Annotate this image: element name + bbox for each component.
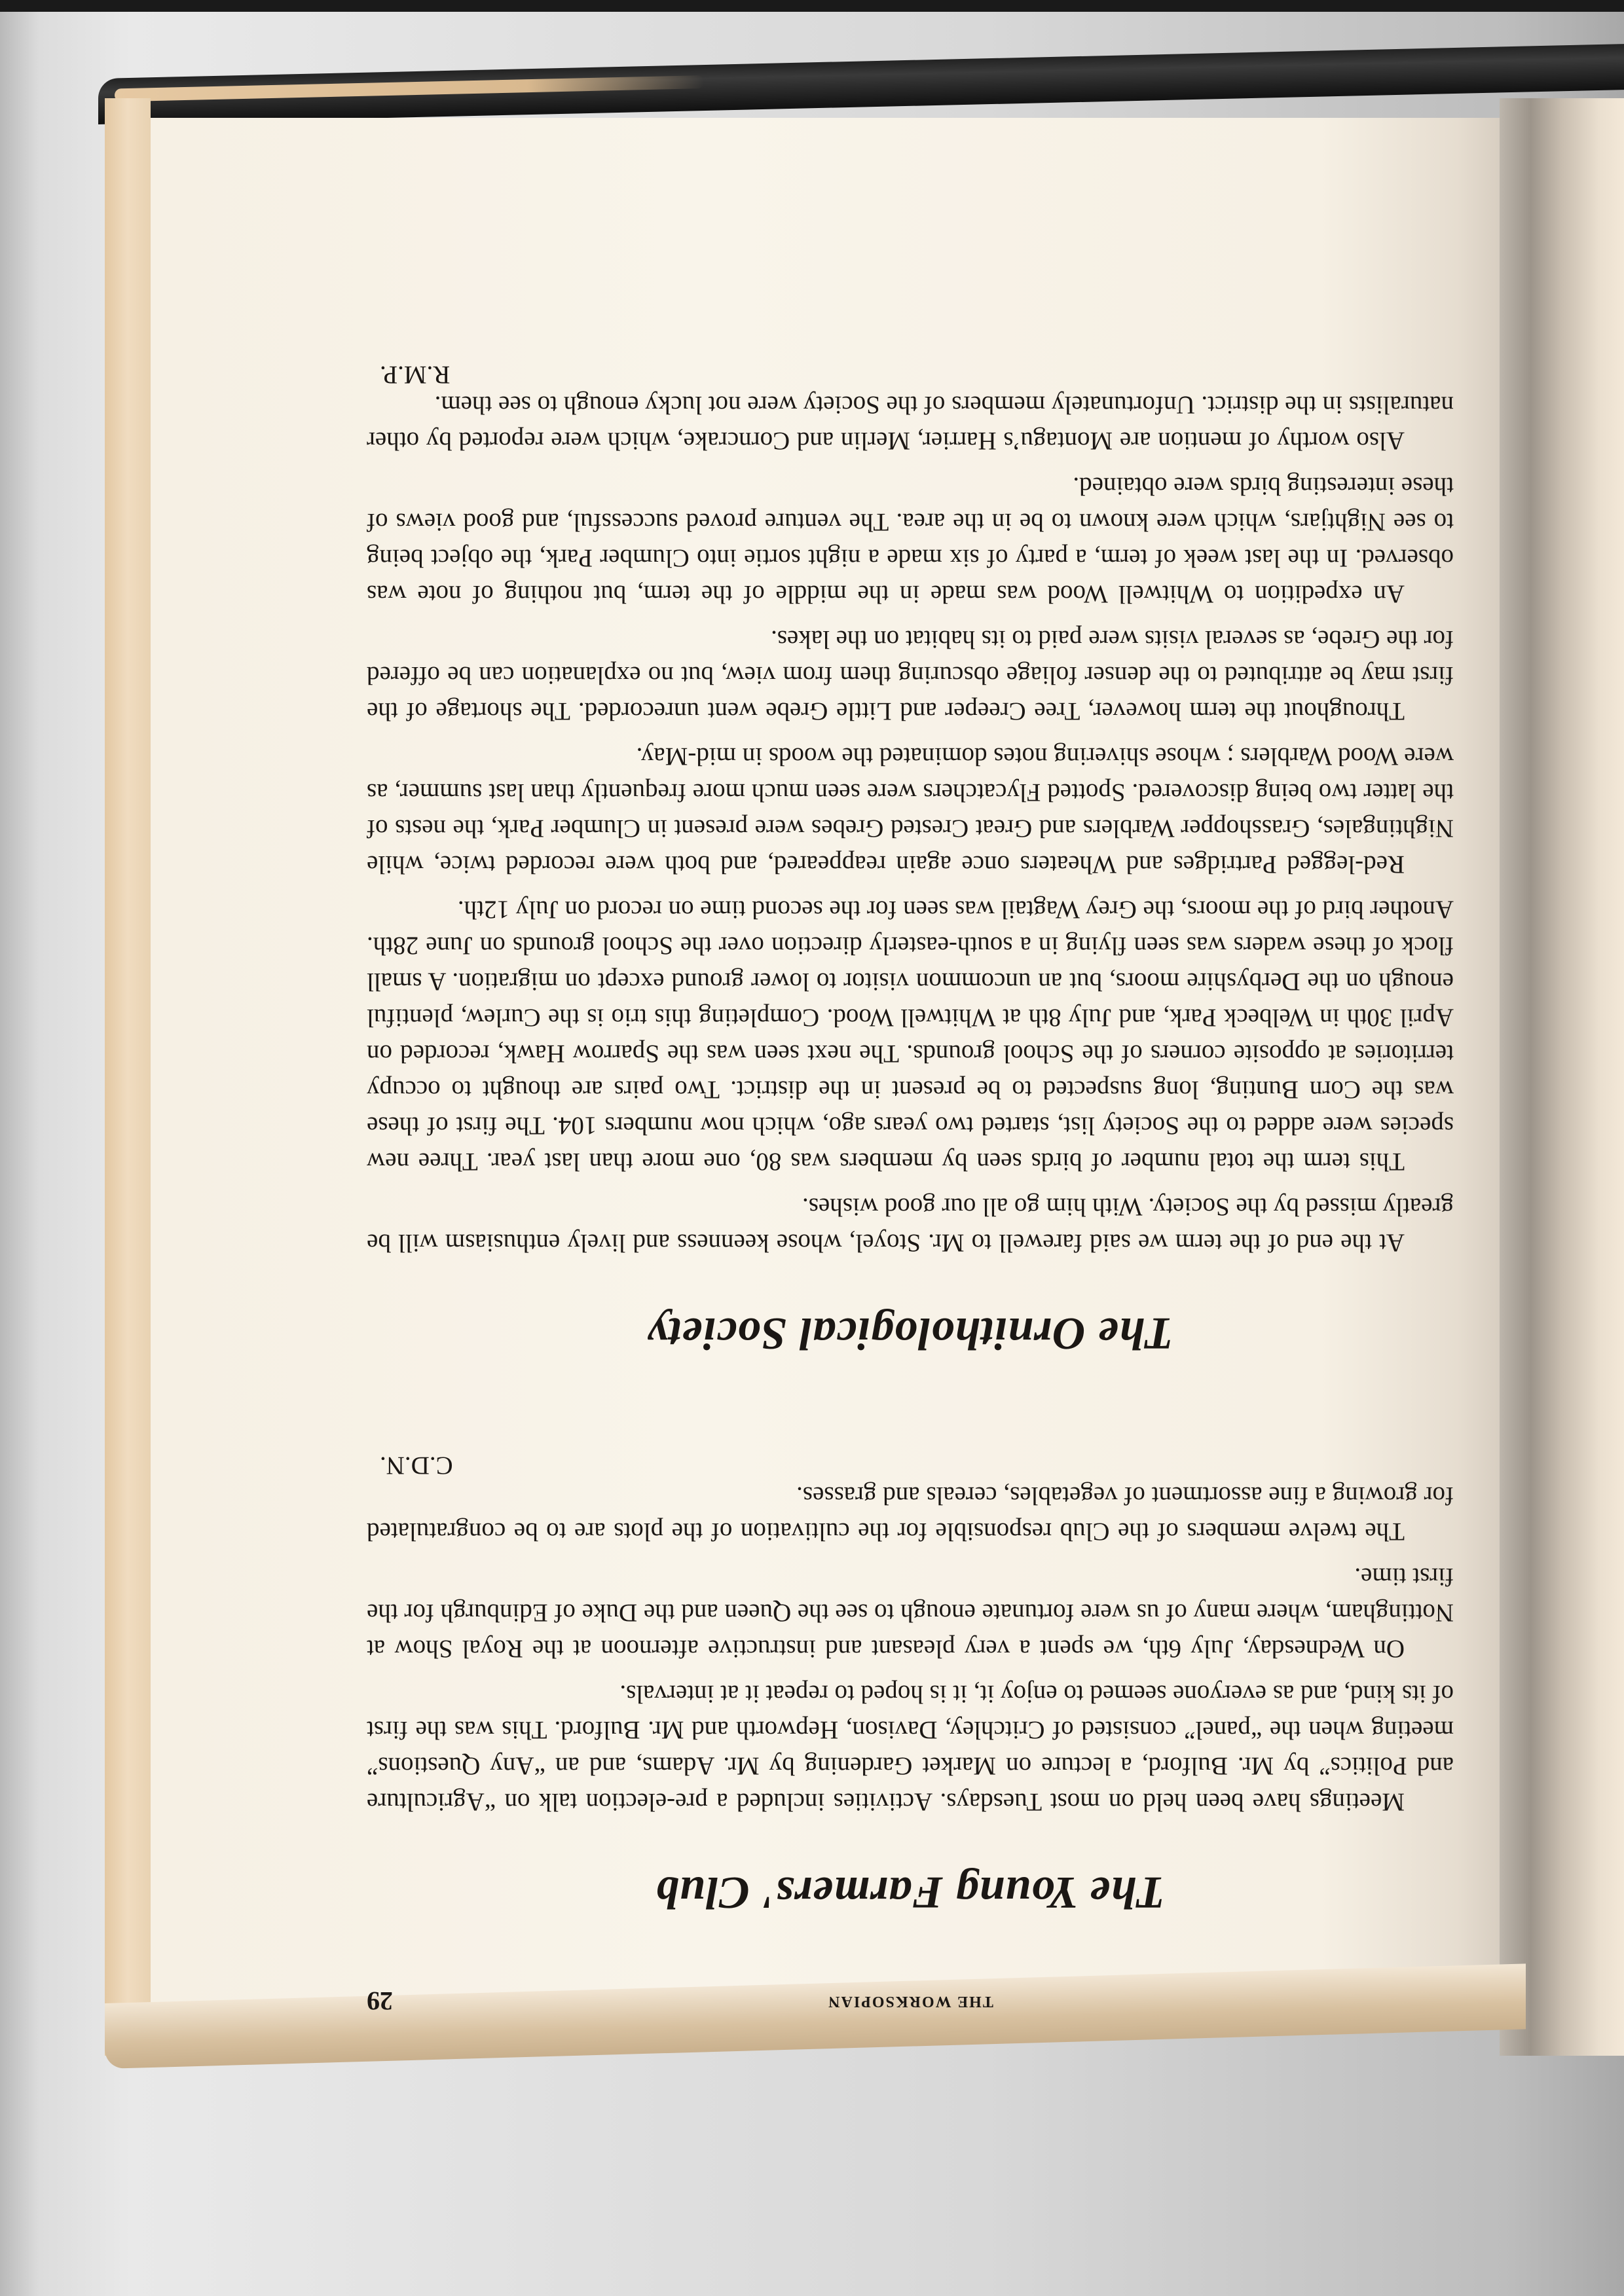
section-title: The Young Farmers' Club: [367, 1866, 1454, 1918]
paragraph: Red-legged Partridges and Wheaters once …: [367, 738, 1454, 883]
book-spine-facing-page: [1500, 98, 1624, 2056]
page-edge-gilt: [115, 75, 704, 101]
paragraph: An expedition to Whitwell Wood was made …: [367, 468, 1454, 612]
author-initials: R.M.P.: [380, 360, 1454, 390]
journal-title: THE WORKSOPIAN: [367, 1992, 1454, 2010]
paragraph: Throughout the term however, Tree Creepe…: [367, 621, 1454, 729]
page-text-rotated: THE WORKSOPIAN 29 The Young Farmers' Clu…: [367, 327, 1454, 2030]
book-fore-edge: [105, 98, 151, 2056]
paragraph: At the end of the term we said farewell …: [367, 1189, 1454, 1261]
author-initials: C.D.N.: [380, 1451, 1454, 1480]
paragraph: Also worthy of mention are Montagu’s Har…: [367, 387, 1454, 459]
paragraph: This term the total number of birds seen…: [367, 892, 1454, 1180]
page-number: 29: [367, 1986, 393, 2016]
section-young-farmers-club: The Young Farmers' Club Meetings have be…: [367, 1451, 1454, 1918]
section-title: The Ornithological Society: [367, 1307, 1454, 1359]
running-head: THE WORKSOPIAN 29: [367, 1977, 1454, 2016]
section-ornithological-society: The Ornithological Society At the end of…: [367, 360, 1454, 1359]
paragraph: On Wednesday, July 6th, we spent a very …: [367, 1559, 1454, 1667]
book-top-edge: [98, 44, 1624, 124]
paragraph: Meetings have been held on most Tuesdays…: [367, 1676, 1454, 1820]
scanner-bed-edge: [0, 0, 1624, 12]
paragraph: The twelve members of the Club responsib…: [367, 1478, 1454, 1550]
